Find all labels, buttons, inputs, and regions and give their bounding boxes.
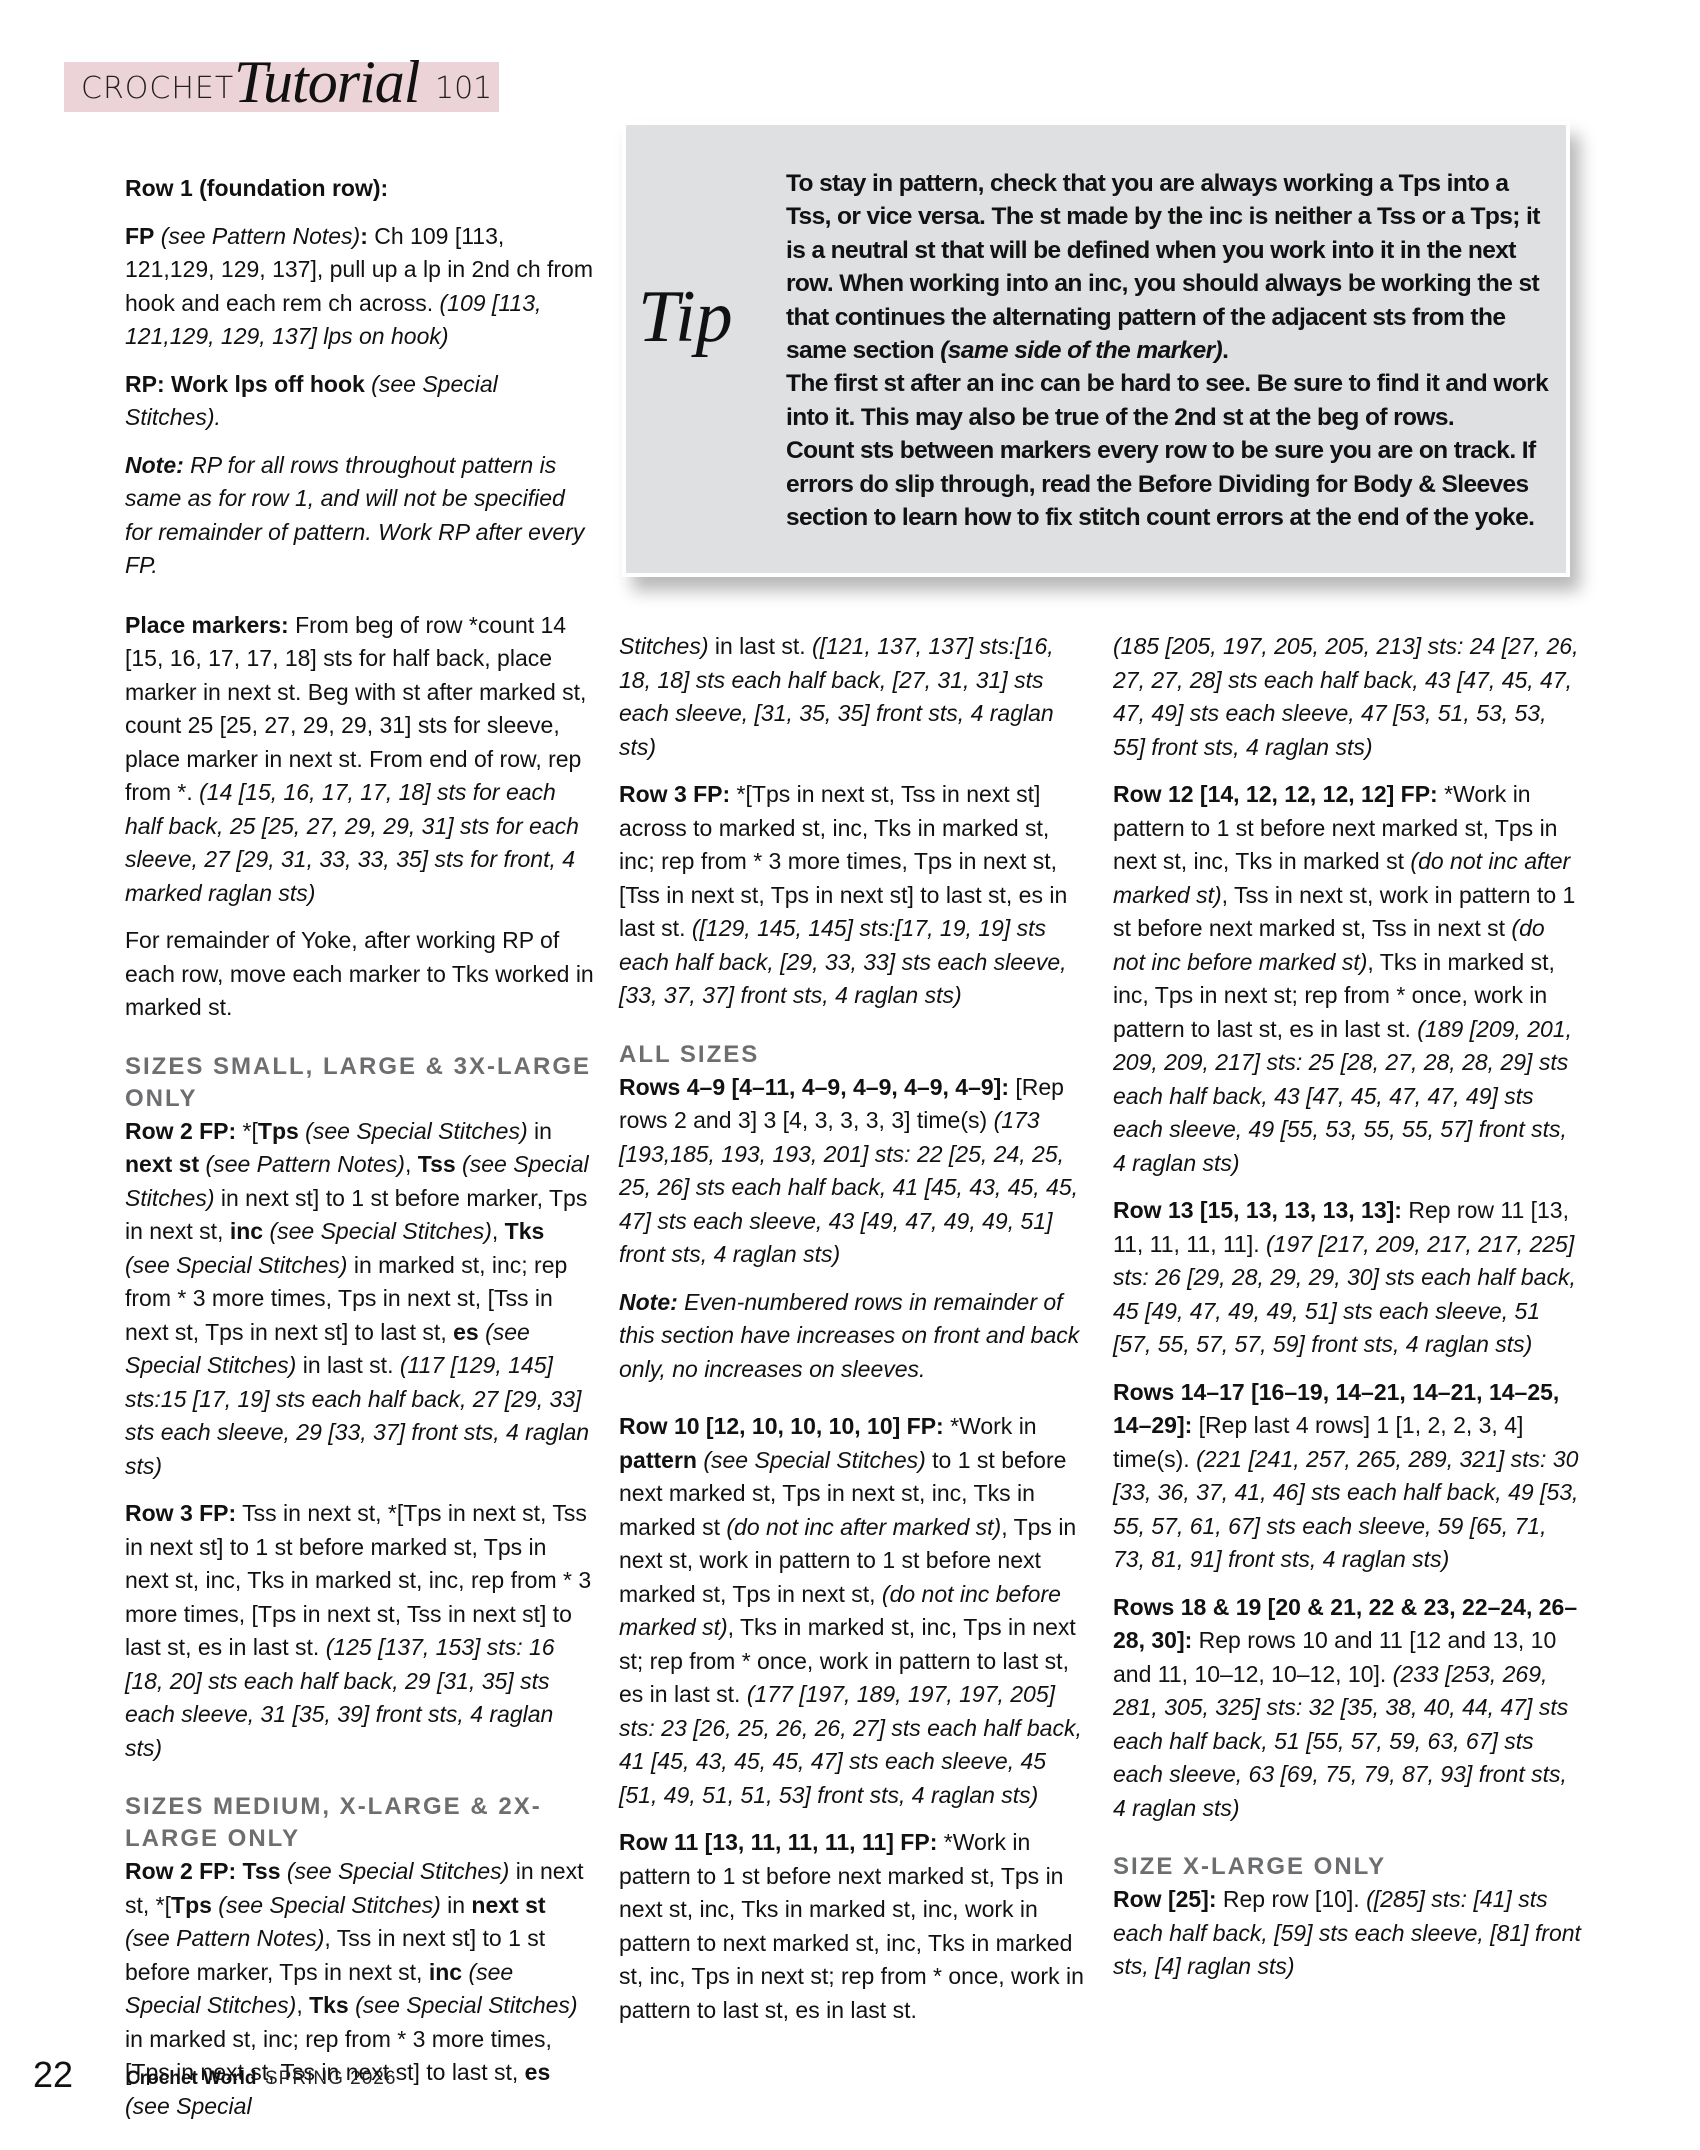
s1-row2-nextst: next st	[125, 1151, 199, 1177]
page-number: 22	[33, 2054, 103, 2096]
row-25-label: Row [25]:	[1113, 1886, 1217, 1912]
rp-label: RP: Work lps off hook	[125, 371, 365, 397]
s1-row2-label: Row 2 FP:	[125, 1118, 236, 1144]
issue-label: SPRING 2026	[265, 2068, 396, 2090]
s2-row2-es: es	[525, 2059, 551, 2085]
row-11-text: *Work in pattern to 1 st before next mar…	[619, 1829, 1084, 2023]
even-rows-note: Note: Even-numbered rows in remainder of…	[619, 1286, 1084, 1387]
s1-row2-inc: inc	[230, 1218, 263, 1244]
place-markers: Place markers: From beg of row *count 14…	[125, 609, 595, 911]
row1-fp: FP (see Pattern Notes): Ch 109 [113, 121…	[125, 220, 595, 354]
s1-row2-tss: Tss	[418, 1151, 456, 1177]
s2-row2-continued: Stitches) in last st. ([121, 137, 137] s…	[619, 630, 1084, 764]
s2-row2-nextst: next st	[471, 1892, 545, 1918]
s1-row2-text: *[	[236, 1118, 258, 1144]
tip-paragraph-2: The first st after an inc can be hard to…	[786, 367, 1556, 434]
column-3: (185 [205, 197, 205, 205, 213] sts: 24 […	[1113, 630, 1583, 1998]
section-header-banner: CROCHET Tutorial 101	[64, 62, 499, 112]
row-10-pattern: pattern	[619, 1447, 697, 1473]
s1-row3-label: Row 3 FP:	[125, 1500, 236, 1526]
rows-4-9: Rows 4–9 [4–11, 4–9, 4–9, 4–9, 4–9]: [Re…	[619, 1071, 1084, 1272]
s1-row2-see: (see Special Stitches)	[263, 1218, 492, 1244]
fp-see-note: (see Pattern Notes)	[154, 223, 360, 249]
header-number: 101	[435, 71, 492, 106]
section-heading-all-sizes: All Sizes	[619, 1039, 1084, 1071]
row-13: Row 13 [15, 13, 13, 13, 13]: Rep row 11 …	[1113, 1194, 1583, 1362]
fp-colon: :	[360, 223, 368, 249]
s1-row3: Row 3 FP: Tss in next st, *[Tps in next …	[125, 1497, 595, 1765]
s2-row2-see: (see Special Stitches)	[281, 1858, 510, 1884]
header-crochet-word: CROCHET	[81, 71, 234, 106]
note-text: Even-numbered rows in remainder of this …	[619, 1289, 1079, 1382]
tip-paragraph-3: Count sts between markers every row to b…	[786, 434, 1556, 534]
cont-see: Stitches)	[619, 633, 708, 659]
rows-18-19: Rows 18 & 19 [20 & 21, 22 & 23, 22–24, 2…	[1113, 1591, 1583, 1826]
cont-text: in last st.	[708, 633, 812, 659]
row1-title: Row 1 (foundation row):	[125, 172, 595, 206]
row-11-count: (185 [205, 197, 205, 205, 213] sts: 24 […	[1113, 630, 1583, 764]
row-11-label: Row 11 [13, 11, 11, 11, 11] FP:	[619, 1829, 937, 1855]
row-12: Row 12 [14, 12, 12, 12, 12] FP: *Work in…	[1113, 778, 1583, 1180]
s2-row2-see: (see Special Stitches)	[349, 1992, 578, 2018]
row-12-label: Row 12 [14, 12, 12, 12, 12] FP:	[1113, 781, 1438, 807]
s2-row2-text: in	[441, 1892, 472, 1918]
tip-p1-emphasis: (same side of the marker)	[940, 337, 1222, 364]
section-heading-small-large-3xl: Sizes Small, Large & 3X-Large Only	[125, 1051, 595, 1115]
s1-row2-tps: Tps	[258, 1118, 299, 1144]
note-label: Note:	[125, 452, 184, 478]
column-1: Row 1 (foundation row): FP (see Pattern …	[125, 172, 595, 2137]
row-13-label: Row 13 [15, 13, 13, 13, 13]:	[1113, 1197, 1402, 1223]
s1-row2-see: (see Pattern Notes)	[199, 1151, 405, 1177]
s1-row2-tks: Tks	[505, 1218, 545, 1244]
tip-paragraph-1: To stay in pattern, check that you are a…	[786, 167, 1556, 367]
s1-row2: Row 2 FP: *[Tps (see Special Stitches) i…	[125, 1115, 595, 1484]
row-10-text: *Work in	[944, 1413, 1037, 1439]
tip-p1-text: To stay in pattern, check that you are a…	[786, 170, 1540, 364]
s1-row2-text: ,	[405, 1151, 418, 1177]
s1-row2-text: in	[528, 1118, 552, 1144]
note-text: RP for all rows throughout pattern is sa…	[125, 452, 584, 579]
s2-row3-label: Row 3 FP:	[619, 781, 730, 807]
header-tutorial-script: Tutorial	[234, 48, 419, 117]
tip-box: Tip To stay in pattern, check that you a…	[622, 121, 1570, 577]
s2-row2-tps: Tps	[171, 1892, 212, 1918]
tip-p1-end: .	[1222, 337, 1228, 364]
s1-row2-see: (see Special Stitches)	[125, 1252, 347, 1278]
row-25-text: Rep row [10].	[1217, 1886, 1367, 1912]
row-11: Row 11 [13, 11, 11, 11, 11] FP: *Work in…	[619, 1826, 1084, 2027]
remainder-of-yoke: For remainder of Yoke, after working RP …	[125, 924, 595, 1025]
tip-label: Tip	[638, 275, 733, 360]
fp-label: FP	[125, 223, 154, 249]
s2-row2-label: Row 2 FP: Tss	[125, 1858, 281, 1884]
rows-14-17: Rows 14–17 [16–19, 14–21, 14–21, 14–25, …	[1113, 1376, 1583, 1577]
section-heading-xl-only: Size X-Large Only	[1113, 1851, 1583, 1883]
tip-text: To stay in pattern, check that you are a…	[786, 167, 1556, 534]
s2-row2-see: (see Pattern Notes)	[125, 1925, 324, 1951]
s1-row2-es: es	[453, 1319, 479, 1345]
s1-row2-text: ,	[492, 1218, 505, 1244]
s2-row2-tks: Tks	[309, 1992, 349, 2018]
s2-row2-text: ,	[296, 1992, 309, 2018]
s2-row2-see: (see Special	[125, 2093, 252, 2119]
row-10: Row 10 [12, 10, 10, 10, 10] FP: *Work in…	[619, 1410, 1084, 1812]
row-10-label: Row 10 [12, 10, 10, 10, 10] FP:	[619, 1413, 944, 1439]
row-10-italic: (do not inc after marked st)	[726, 1514, 1001, 1540]
note-label: Note:	[619, 1289, 678, 1315]
column-2: Stitches) in last st. ([121, 137, 137] s…	[619, 630, 1084, 2041]
section-heading-medium-xl-2xl: Sizes Medium, X-Large & 2X-Large Only	[125, 1791, 595, 1855]
s2-row2-see: (see Special Stitches)	[212, 1892, 441, 1918]
s1-row2-see: (see Special Stitches)	[299, 1118, 528, 1144]
s1-row2-text: in last st.	[296, 1352, 400, 1378]
row-25: Row [25]: Rep row [10]. ([285] sts: [41]…	[1113, 1883, 1583, 1984]
place-markers-label: Place markers:	[125, 612, 289, 638]
magazine-title: Crochet World	[126, 2068, 257, 2090]
s2-row2-inc: inc	[429, 1959, 462, 1985]
row1-rp: RP: Work lps off hook (see Special Stitc…	[125, 368, 595, 435]
rp-note: Note: RP for all rows throughout pattern…	[125, 449, 595, 583]
s2-row3: Row 3 FP: *[Tps in next st, Tss in next …	[619, 778, 1084, 1013]
row-10-see: (see Special Stitches)	[697, 1447, 926, 1473]
rows-4-9-label: Rows 4–9 [4–11, 4–9, 4–9, 4–9, 4–9]:	[619, 1074, 1009, 1100]
place-markers-text: From beg of row *count 14 [15, 16, 17, 1…	[125, 612, 586, 806]
